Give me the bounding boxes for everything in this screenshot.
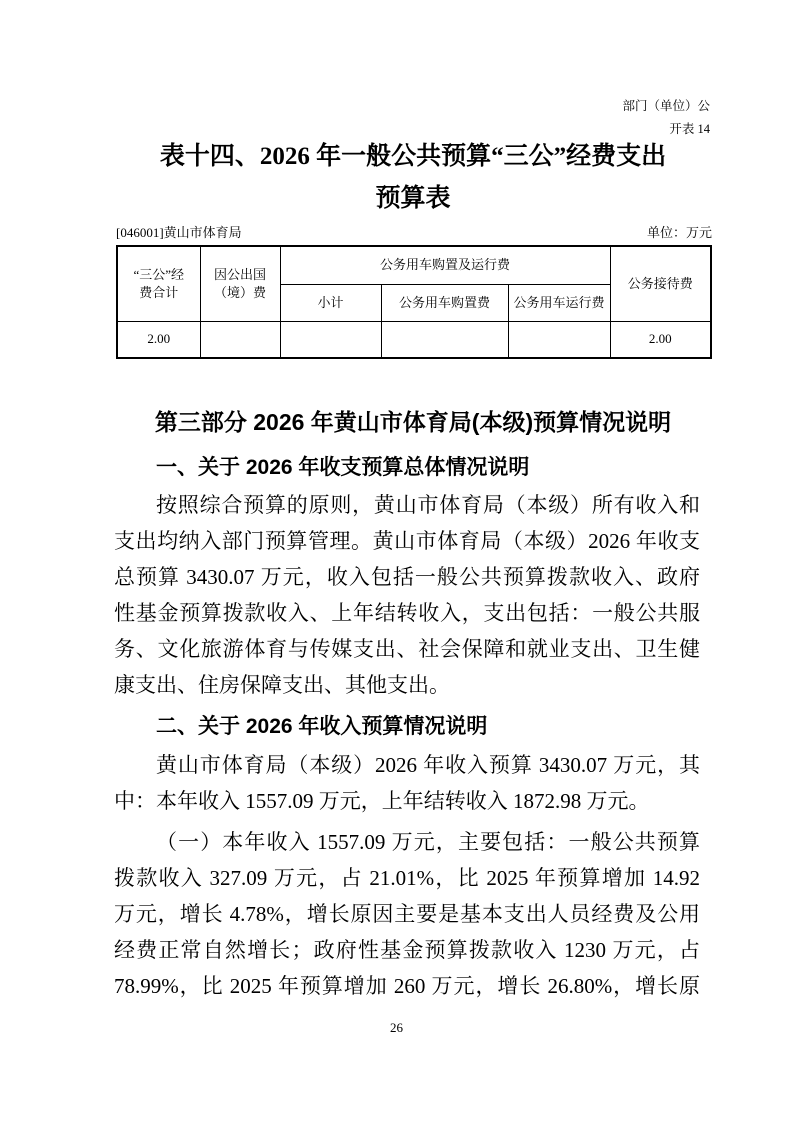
text-line: 总预算 3430.07 万元，收入包括一般公共预算拨款收入、政府 bbox=[114, 559, 700, 595]
heading-overall-budget: 一、关于 2026 年收支预算总体情况说明 bbox=[114, 453, 712, 483]
text-line: 康支出、住房保障支出、其他支出。 bbox=[114, 667, 700, 703]
col-header-reception-expense: 公务接待费 bbox=[610, 246, 711, 321]
text-line: （一）本年收入 1557.09 万元，主要包括：一般公共预算 bbox=[114, 824, 700, 860]
page-number: 26 bbox=[0, 1020, 793, 1036]
organization-code-label: [046001]黄山市体育局 bbox=[116, 223, 242, 243]
cell-vehicle-purchase bbox=[381, 321, 508, 358]
text-line: 性基金预算拨款收入、上年结转收入，支出包括：一般公共服 bbox=[114, 595, 700, 631]
text-line: 务、文化旅游体育与传媒支出、社会保障和就业支出、卫生健 bbox=[114, 631, 700, 667]
sangong-budget-table: “三公”经 费合计 因公出国 （境）费 公务用车购置及运行费 公务接待费 小计 … bbox=[116, 245, 712, 359]
cell-vehicle-operation bbox=[508, 321, 610, 358]
col-header-sangong-total: “三公”经 费合计 bbox=[117, 246, 200, 321]
text-line: 中：本年收入 1557.09 万元，上年结转收入 1872.98 万元。 bbox=[114, 783, 700, 819]
page-title: 表十四、2026 年一般公共预算“三公”经费支出 预算表 bbox=[114, 136, 712, 220]
text-line: 78.99%，比 2025 年预算增加 260 万元，增长 26.80%，增长原 bbox=[114, 968, 700, 1004]
col-header-vehicle-operation: 公务用车运行费 bbox=[508, 284, 610, 321]
col-header-vehicle-group: 公务用车购置及运行费 bbox=[280, 246, 610, 284]
text-line: 拨款收入 327.09 万元，占 21.01%，比 2025 年预算增加 14.… bbox=[114, 860, 700, 896]
cell-reception-expense: 2.00 bbox=[610, 321, 711, 358]
paragraph-income-detail: （一）本年收入 1557.09 万元，主要包括：一般公共预算 拨款收入 327.… bbox=[114, 824, 700, 1004]
part-three-heading: 第三部分 2026 年黄山市体育局(本级)预算情况说明 bbox=[114, 407, 712, 437]
page-title-line2: 预算表 bbox=[114, 178, 712, 220]
page-content: 表十四、2026 年一般公共预算“三公”经费支出 预算表 [046001]黄山市… bbox=[114, 0, 712, 1004]
text-line: 黄山市体育局（本级）2026 年收入预算 3430.07 万元，其 bbox=[114, 747, 700, 783]
page-title-line1: 表十四、2026 年一般公共预算“三公”经费支出 bbox=[114, 136, 712, 178]
text-line: 按照综合预算的原则，黄山市体育局（本级）所有收入和 bbox=[114, 487, 700, 523]
text-line: 万元，增长 4.78%，增长原因主要是基本支出人员经费及公用 bbox=[114, 896, 700, 932]
col-header-vehicle-subtotal: 小计 bbox=[280, 284, 381, 321]
document-page: { "header": { "corner_line1": "部门（单位）公",… bbox=[0, 0, 793, 1122]
paragraph-overall-budget: 按照综合预算的原则，黄山市体育局（本级）所有收入和 支出均纳入部门预算管理。黄山… bbox=[114, 487, 700, 703]
table-row: 2.00 2.00 bbox=[117, 321, 711, 358]
col-header-abroad-expense: 因公出国 （境）费 bbox=[200, 246, 280, 321]
text-line: 经费正常自然增长；政府性基金预算拨款收入 1230 万元，占 bbox=[114, 932, 700, 968]
unit-label: 单位：万元 bbox=[647, 223, 712, 243]
paragraph-income-summary: 黄山市体育局（本级）2026 年收入预算 3430.07 万元，其 中：本年收入… bbox=[114, 747, 700, 819]
cell-sangong-total: 2.00 bbox=[117, 321, 200, 358]
heading-income-budget: 二、关于 2026 年收入预算情况说明 bbox=[114, 712, 712, 742]
cell-abroad-expense bbox=[200, 321, 280, 358]
cell-vehicle-subtotal bbox=[280, 321, 381, 358]
text-line: 支出均纳入部门预算管理。黄山市体育局（本级）2026 年收支 bbox=[114, 523, 700, 559]
col-header-vehicle-purchase: 公务用车购置费 bbox=[381, 284, 508, 321]
table-caption-row: [046001]黄山市体育局 单位：万元 bbox=[116, 223, 712, 243]
